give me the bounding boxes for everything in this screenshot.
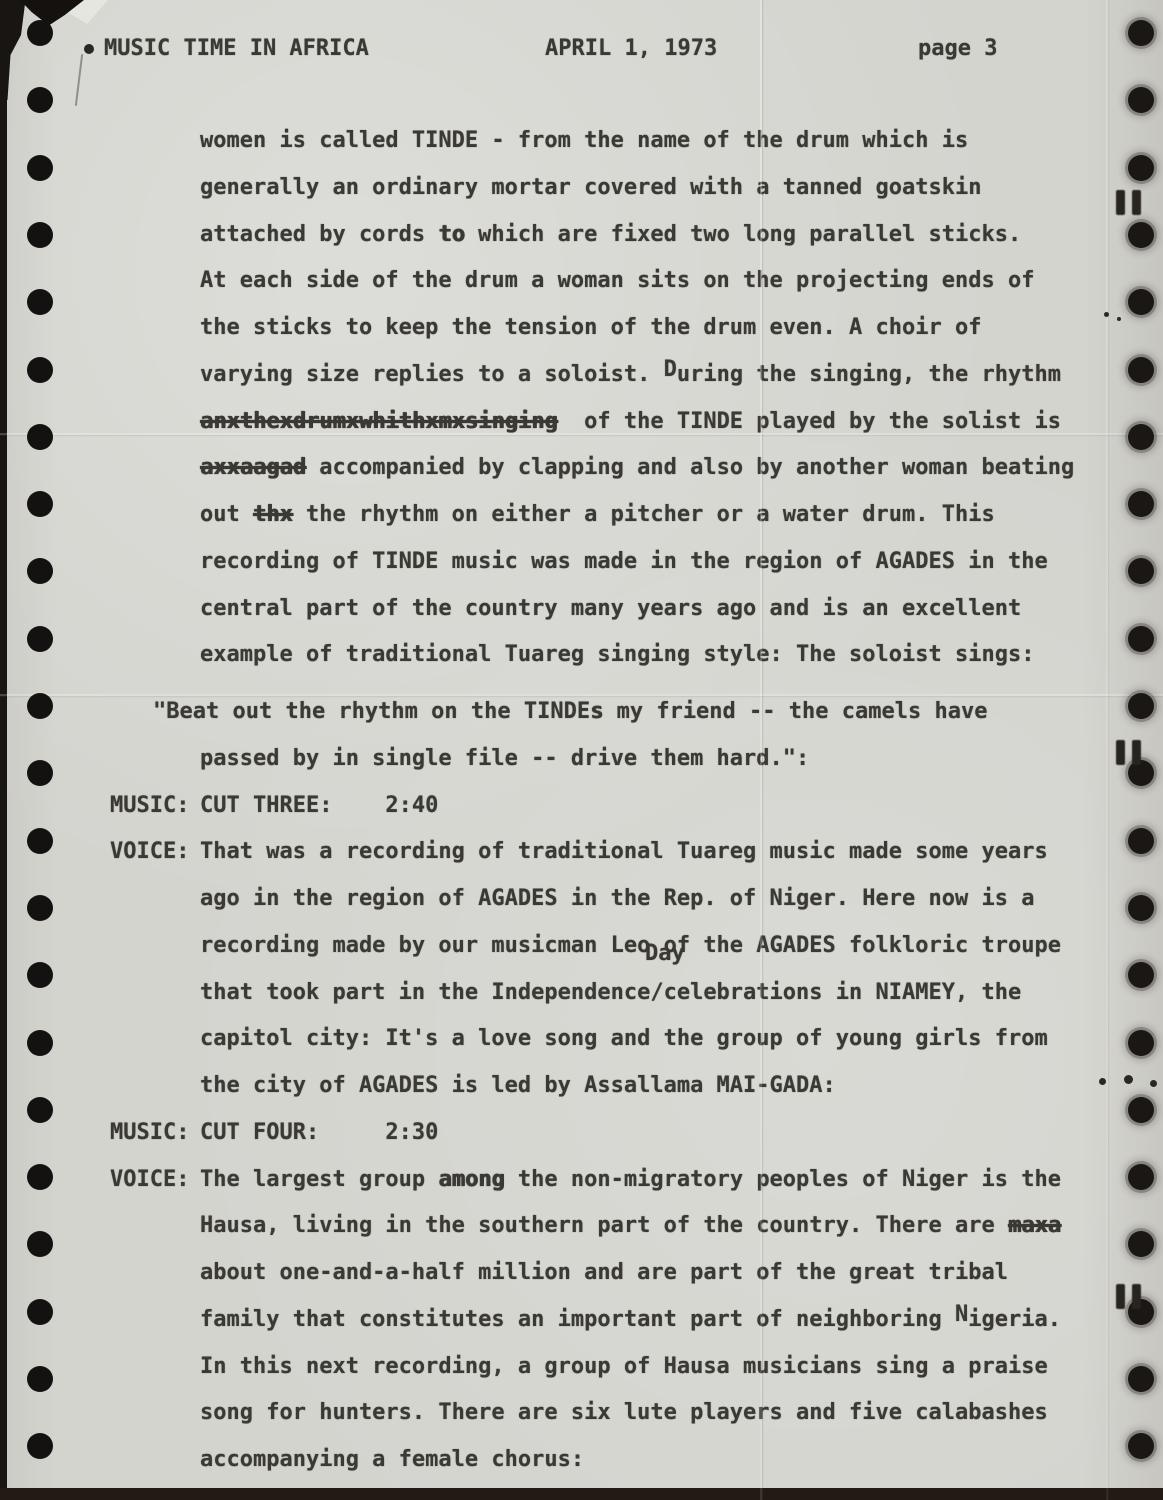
script-line: the sticks to keep the tension of the dr…	[110, 305, 1130, 352]
script-text: generally an ordinary mortar covered wit…	[200, 175, 981, 200]
script-text: out	[200, 502, 253, 527]
scan-left-edge	[0, 0, 7, 1500]
ink-speck	[1124, 1075, 1133, 1084]
script-line: passed by in single file -- drive them h…	[110, 736, 1130, 783]
script-line: recording of TINDE music was made in the…	[110, 539, 1130, 586]
strike-text: maxa	[1008, 1213, 1061, 1238]
punch-hole	[27, 962, 53, 988]
raised-text: D	[664, 357, 677, 382]
script-text: the city of AGADES is led by Assallama M…	[200, 1073, 836, 1098]
script-text: attached by cords	[200, 222, 438, 247]
script-flow: women is called TINDE - from the name of…	[110, 118, 1130, 1484]
punch-hole	[27, 155, 53, 181]
ink-speck	[1117, 317, 1121, 321]
strike-text: anxthexdrumxwhithxmxsinging	[200, 409, 558, 434]
script-text: recording of TINDE music was made in the…	[200, 549, 1048, 574]
script-text: central part of the country many years a…	[200, 596, 1021, 621]
script-line: axxaagad accompanied by clapping and als…	[110, 445, 1130, 492]
script-line: VOICE:That was a recording of traditiona…	[110, 829, 1130, 876]
script-text: my friend -- the camels have	[603, 699, 987, 724]
punch-hole	[1128, 962, 1154, 988]
strike-text: thx	[253, 502, 293, 527]
script-line: song for hunters. There are six lute pla…	[110, 1390, 1130, 1437]
punch-hole	[1128, 1030, 1154, 1056]
punch-hole	[27, 87, 53, 113]
punch-hole	[1128, 1164, 1154, 1190]
punch-hole	[1128, 1231, 1154, 1257]
paper-crease	[0, 694, 1163, 696]
punch-hole	[27, 357, 53, 383]
script-text: family that constitutes an important par…	[200, 1307, 955, 1332]
punch-hole	[27, 1433, 53, 1459]
punch-hole	[1128, 1433, 1154, 1459]
punch-hole	[1128, 828, 1154, 854]
script-line: anxthexdrumxwhithxmxsinging of the TINDE…	[110, 399, 1130, 446]
script-text: women is called TINDE - from the name of…	[200, 128, 968, 153]
ink-speck	[1104, 312, 1109, 317]
punch-hole	[1128, 424, 1154, 450]
ink-speck	[1150, 1080, 1157, 1087]
script-line: family that constitutes an important par…	[110, 1297, 1130, 1344]
script-line: capitol city: It's a love song and the g…	[110, 1016, 1130, 1063]
script-line: women is called TINDE - from the name of…	[110, 118, 1130, 165]
punch-hole	[27, 693, 53, 719]
punch-hole	[27, 760, 53, 786]
script-text: that took part in the Independence/celeb…	[200, 980, 1021, 1005]
script-text: the non-migratory peoples of Niger is th…	[505, 1167, 1061, 1192]
punch-hole	[1128, 895, 1154, 921]
script-line: central part of the country many years a…	[110, 586, 1130, 633]
punch-hole	[1128, 1366, 1154, 1392]
punch-hole	[1128, 87, 1154, 113]
script-text: uring the singing, the rhythm	[677, 362, 1061, 387]
punch-hole	[27, 1366, 53, 1392]
scan-bottom-edge	[0, 1488, 1163, 1500]
script-line: varying size replies to a soloist. Durin…	[110, 352, 1130, 399]
script-line: MUSIC:CUT FOUR: 2:30	[110, 1110, 1130, 1157]
script-line: accompanying a female chorus:	[110, 1437, 1130, 1484]
script-line: example of traditional Tuareg singing st…	[110, 632, 1130, 679]
overtype-text: among	[438, 1167, 504, 1192]
punch-hole	[27, 424, 53, 450]
script-text: In this next recording, a group of Hausa…	[200, 1354, 1048, 1379]
punch-hole	[27, 289, 53, 315]
speaker-label: VOICE:	[110, 1157, 200, 1204]
punch-hole	[1128, 626, 1154, 652]
punch-hole	[1128, 20, 1154, 46]
script-text: of the TINDE played by the solist is	[558, 409, 1061, 434]
punch-hole	[27, 1299, 53, 1325]
punch-hole	[1128, 289, 1154, 315]
binder-ink-mark	[1116, 190, 1141, 215]
script-line: At each side of the drum a woman sits on…	[110, 258, 1130, 305]
punch-hole	[27, 491, 53, 517]
speaker-label: MUSIC:	[110, 783, 200, 830]
script-text: igeria.	[968, 1307, 1061, 1332]
punch-hole	[27, 1097, 53, 1123]
script-text: accompanied by clapping and also by anot…	[306, 455, 1074, 480]
script-line: that took part in the Independence/celeb…	[110, 970, 1130, 1017]
punch-hole	[1128, 222, 1154, 248]
punch-hole	[27, 558, 53, 584]
script-text: CUT THREE: 2:40	[200, 793, 438, 818]
script-text: the sticks to keep the tension of the dr…	[200, 315, 981, 340]
page-date: APRIL 1, 1973	[545, 34, 717, 64]
script-line: recording made by our musicman Leo of th…	[110, 923, 1130, 970]
ink-speck	[1099, 1078, 1106, 1085]
script-text: ago in the region of AGADES in the Rep. …	[200, 886, 1034, 911]
punch-hole	[1128, 558, 1154, 584]
punch-hole	[27, 626, 53, 652]
script-line: about one-and-a-half million and are par…	[110, 1250, 1130, 1297]
script-text: At each side of the drum a woman sits on…	[200, 268, 1034, 293]
punch-hole	[27, 222, 53, 248]
speaker-label: VOICE:	[110, 829, 200, 876]
punch-hole	[1128, 155, 1154, 181]
script-line: ago in the region of AGADES in the Rep. …	[110, 876, 1130, 923]
punch-hole	[1128, 491, 1154, 517]
script-text: which are fixed two long parallel sticks…	[465, 222, 1021, 247]
page-title: MUSIC TIME IN AFRICA	[104, 34, 369, 64]
script-text: The largest group	[200, 1167, 438, 1192]
script-text: capitol city: It's a love song and the g…	[200, 1026, 1048, 1051]
script-text: "Beat out the rhythm on the TINDE	[153, 699, 590, 724]
script-text: Hausa, living in the southern part of th…	[200, 1213, 1008, 1238]
scanned-typescript-page: MUSIC TIME IN AFRICA APRIL 1, 1973 page …	[0, 0, 1163, 1500]
paper-crease	[0, 433, 1163, 435]
script-text: about one-and-a-half million and are par…	[200, 1260, 1008, 1285]
script-line: VOICE:The largest group among the non-mi…	[110, 1157, 1130, 1204]
script-line: In this next recording, a group of Hausa…	[110, 1344, 1130, 1391]
torn-corner	[0, 0, 30, 100]
paper-crease	[1106, 0, 1108, 1500]
punch-hole	[27, 828, 53, 854]
script-line: Hausa, living in the southern part of th…	[110, 1203, 1130, 1250]
script-line: MUSIC:CUT THREE: 2:40	[110, 783, 1130, 830]
script-line: out thx the rhythm on either a pitcher o…	[110, 492, 1130, 539]
punch-hole	[27, 1164, 53, 1190]
script-text: the rhythm on either a pitcher or a wate…	[293, 502, 995, 527]
speaker-label: MUSIC:	[110, 1110, 200, 1157]
script-line: generally an ordinary mortar covered wit…	[110, 165, 1130, 212]
script-line: "Beat out the rhythm on the TINDEs my fr…	[110, 689, 1130, 736]
ink-speck	[84, 44, 94, 54]
script-line: attached by cords to which are fixed two…	[110, 212, 1130, 259]
overtype-text: s	[590, 699, 603, 724]
script-text: passed by in single file -- drive them h…	[200, 746, 809, 771]
page-number: page 3	[918, 34, 997, 64]
punch-hole	[27, 20, 53, 46]
script-text: That was a recording of traditional Tuar…	[200, 839, 1048, 864]
script-text: accompanying a female chorus:	[200, 1447, 584, 1472]
punch-hole	[27, 1231, 53, 1257]
punch-hole	[27, 1030, 53, 1056]
scratch-mark	[75, 54, 83, 106]
overtype-text: to	[438, 222, 465, 247]
punch-hole	[1128, 357, 1154, 383]
inserted-word-day: Day	[645, 941, 685, 966]
script-text: song for hunters. There are six lute pla…	[200, 1400, 1048, 1425]
script-text: recording made by our musicman Leo of th…	[200, 933, 1061, 958]
punch-hole	[1128, 1097, 1154, 1123]
binder-ink-mark	[1116, 740, 1141, 765]
paper-crease	[760, 0, 762, 1500]
binder-ink-mark	[1116, 1284, 1141, 1309]
script-text: example of traditional Tuareg singing st…	[200, 642, 1034, 667]
punch-hole	[27, 895, 53, 921]
raised-text: N	[955, 1302, 968, 1327]
strike-text: axxaagad	[200, 455, 306, 480]
punch-hole	[1128, 693, 1154, 719]
script-line: the city of AGADES is led by Assallama M…	[110, 1063, 1130, 1110]
script-text: CUT FOUR: 2:30	[200, 1120, 438, 1145]
script-text: varying size replies to a soloist.	[200, 362, 664, 387]
